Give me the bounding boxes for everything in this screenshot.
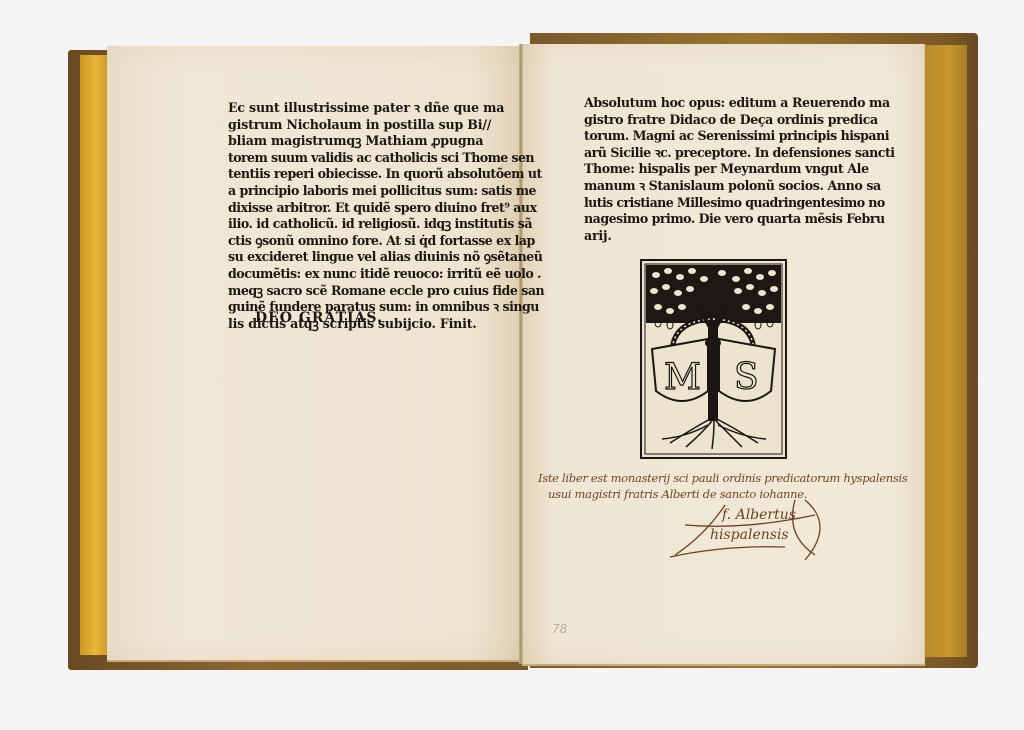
- open-book-photo: Ec sunt illustrissime pater ꝛ dñe que ma…: [0, 0, 1024, 730]
- text-line: bliam magistrumqꝫ Mathiam ꝓpugna: [228, 133, 544, 150]
- text-line: arũ Sicilie ꝛc. preceptore. In defension…: [584, 145, 895, 162]
- explicit-deo-gratias: DEO GRATIAS.: [255, 310, 383, 326]
- text-line: documẽtis: ex nunc itidẽ reuoco: irritũ …: [228, 266, 544, 283]
- svg-text:S: S: [734, 357, 759, 398]
- svg-text:M: M: [664, 357, 701, 398]
- manuscript-line: Iste liber est monasterij sci pauli ordi…: [538, 470, 907, 486]
- printers-device: M S: [640, 259, 787, 459]
- text-line: ctis ꝯsonũ omnino fore. At si q̇d fortas…: [228, 233, 544, 250]
- text-line: a principio laboris mei pollicitus sum: …: [228, 183, 544, 200]
- gilt-page-edge: [80, 55, 108, 655]
- text-line: lutis cristiane Millesimo quadringentesi…: [584, 195, 895, 212]
- text-line: torem suum validis ac catholicis sci Tho…: [228, 150, 544, 167]
- left-page-text: Ec sunt illustrissime pater ꝛ dñe que ma…: [228, 100, 544, 332]
- text-line: manum ꝛ Stanislaum polonũ socios. Anno s…: [584, 178, 895, 195]
- text-line: gistro fratre Didaco de Deça ordinis pre…: [584, 112, 895, 129]
- text-line: Ec sunt illustrissime pater ꝛ dñe que ma: [228, 100, 544, 117]
- text-line: dixisse arbitror. Et quidẽ spero diuino …: [228, 200, 544, 217]
- text-line: Thome: hispalis per Meynardum vngut Ale: [584, 161, 895, 178]
- signature-flourish-icon: [665, 495, 835, 565]
- text-line: nagesimo primo. Die vero quarta mẽsis Fe…: [584, 211, 895, 228]
- colophon-text: Absolutum hoc opus: editum a Reuerendo m…: [584, 95, 895, 244]
- binding-turn-in: [922, 45, 967, 657]
- text-line: Absolutum hoc opus: editum a Reuerendo m…: [584, 95, 895, 112]
- text-line: torum. Magni ac Serenissimi principis hi…: [584, 128, 895, 145]
- tree-shield-device-icon: M S: [642, 261, 785, 457]
- text-line: arij.: [584, 228, 895, 245]
- text-line: gistrum Nicholaum in postilla sup Bi//: [228, 117, 544, 134]
- text-line: tentiis reperi obiecisse. In quorũ absol…: [228, 166, 544, 183]
- text-line: ilio. id catholicũ. id religiosũ. idqꝫ i…: [228, 216, 544, 233]
- text-line: meqꝫ sacro scẽ Romane eccle pro cuius fi…: [228, 283, 544, 300]
- text-line: su excideret lingue vel alias diuinis nõ…: [228, 249, 544, 266]
- folio-number: 78: [552, 622, 567, 636]
- manuscript-signature: f. Albertus hispalensis: [700, 505, 796, 545]
